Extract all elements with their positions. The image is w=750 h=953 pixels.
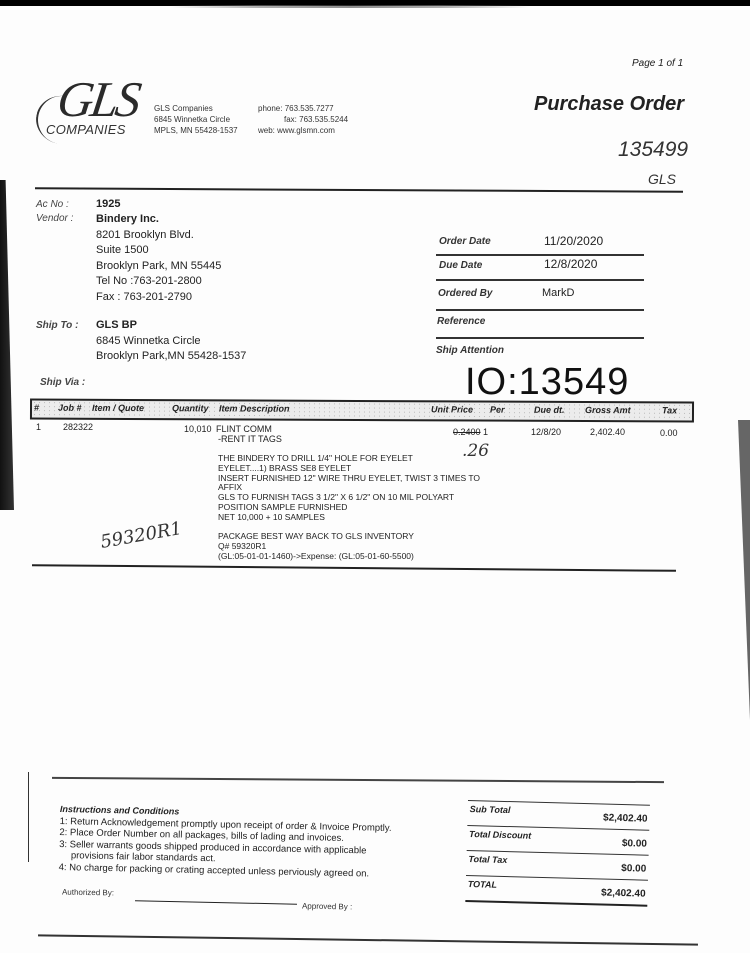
vendor-phone: Tel No :763-201-2800 [96,274,221,290]
approved-by-label: Approved By : [302,902,352,912]
divider [436,337,644,339]
discount-value: $0.00 [622,838,647,850]
description-line: INSERT FURNISHED 12" WIRE THRU EYELET, T… [218,474,518,484]
company-address: GLS Companies 6845 Winnetka Circle MPLS,… [154,103,238,136]
col-unit-price: Unit Price [431,404,473,414]
tax-label: Total Tax [468,854,507,865]
item-num: 1 [36,422,41,432]
ship-to-label: Ship To : [36,320,78,331]
col-job: Job # [58,403,82,413]
item-unit-price: 0.2400 1 [453,427,488,437]
description-line: NET 10,000 + 10 SAMPLES [218,513,518,523]
col-item-quote: Item / Quote [92,403,144,413]
total-row: TOTAL $2,402.40 [465,875,648,907]
margin-bracket-mark [28,772,35,862]
io-stamp: IO:13549 [465,363,629,401]
page-indicator: Page 1 of 1 [632,58,683,69]
col-quantity: Quantity [172,403,209,413]
divider [436,309,644,311]
item-subtitle: -RENT IT TAGS [218,434,282,444]
total-value: $2,402.40 [601,888,646,900]
col-due-date: Due dt. [534,405,565,415]
bottom-divider [38,934,698,945]
authorized-by-label: Authorized By: [62,888,114,898]
col-gross-amt: Gross Amt [585,405,631,415]
ordered-by-value: MarkD [542,287,574,299]
discount-label: Total Discount [469,829,531,841]
item-quantity: 10,010 [184,424,212,434]
ship-to-block: GLS BP 6845 Winnetka Circle Brooklyn Par… [96,318,246,365]
header-divider [35,187,683,192]
company-address-line1: 6845 Winnetka Circle [154,114,238,125]
col-tax: Tax [662,405,677,415]
po-number: 135499 [618,138,688,162]
company-contact: phone: 763.535.7277 fax: 763.535.5244 we… [258,103,348,136]
tax-value: $0.00 [621,863,646,875]
item-gross-amt: 2,402.40 [590,427,625,437]
document-title: Purchase Order [534,93,684,116]
subtotal-value: $2,402.40 [603,813,648,825]
logo-subtext: COMPANIES [46,122,126,137]
line-items-header: # Job # Item / Quote Quantity Item Descr… [30,399,694,423]
items-divider [32,564,676,572]
handwritten-quote: 59320R1 [99,518,184,553]
vendor-label: Vendor : [36,213,73,224]
vendor-line: Brooklyn Park, MN 55445 [96,259,221,275]
scan-edge-shadow [170,5,530,8]
ordered-by-label: Ordered By [438,288,492,299]
unit-price-value: 0.2400 [453,427,481,437]
vendor-fax: Fax : 763-201-2790 [96,290,221,306]
authorized-signature-line [135,900,297,904]
ac-no-value: 1925 [96,198,120,211]
ship-attention-label: Ship Attention [436,345,504,356]
totals-block: Sub Total $2,402.40 Total Discount $0.00… [465,800,650,907]
item-description: THE BINDERY TO DRILL 1/4" HOLE FOR EYELE… [218,454,518,562]
order-date-label: Order Date [439,236,491,247]
col-item-description: Item Description [219,403,290,413]
company-phone: phone: 763.535.7277 [258,103,348,114]
company-address-line2: MPLS, MN 55428-1537 [154,125,238,136]
col-num: # [34,403,39,413]
terms-block: Instructions and Conditions 1: Return Ac… [59,804,420,881]
col-per: Per [490,405,505,415]
vendor-block: Bindery Inc. 8201 Brooklyn Blvd. Suite 1… [96,212,221,305]
ship-to-line: Brooklyn Park,MN 55428-1537 [96,349,246,365]
divider [436,254,644,256]
item-tax: 0.00 [660,428,678,438]
description-line: (GL:05-01-01-1460)->Expense: (GL:05-01-6… [218,552,518,562]
divider [436,279,644,281]
subtotal-label: Sub Total [470,804,511,815]
logo-text: GLS [54,74,141,124]
vendor-line: Suite 1500 [96,243,221,259]
company-fax: fax: 763.535.5244 [258,114,348,125]
item-job: 282322 [63,422,93,432]
due-date-value: 12/8/2020 [544,257,597,271]
item-title: FLINT COMM [216,424,272,434]
company-name: GLS Companies [154,103,238,114]
order-date-value: 11/20/2020 [544,234,603,248]
due-date-label: Due Date [439,260,482,271]
company-web: web: www.glsmn.com [258,125,348,136]
total-label: TOTAL [468,879,497,890]
ship-to-line: 6845 Winnetka Circle [96,334,246,350]
ship-to-name: GLS BP [96,318,246,334]
ship-via-label: Ship Via : [40,377,85,388]
vendor-name: Bindery Inc. [96,212,221,228]
scan-edge-left [0,180,14,510]
item-due-date: 12/8/20 [531,427,561,437]
ac-no-label: Ac No : [36,199,69,210]
scan-edge-right [730,420,750,720]
per-value: 1 [483,427,488,437]
footer-divider [52,777,664,783]
po-org: GLS [648,171,676,187]
vendor-line: 8201 Brooklyn Blvd. [96,228,221,244]
reference-label: Reference [437,316,485,327]
